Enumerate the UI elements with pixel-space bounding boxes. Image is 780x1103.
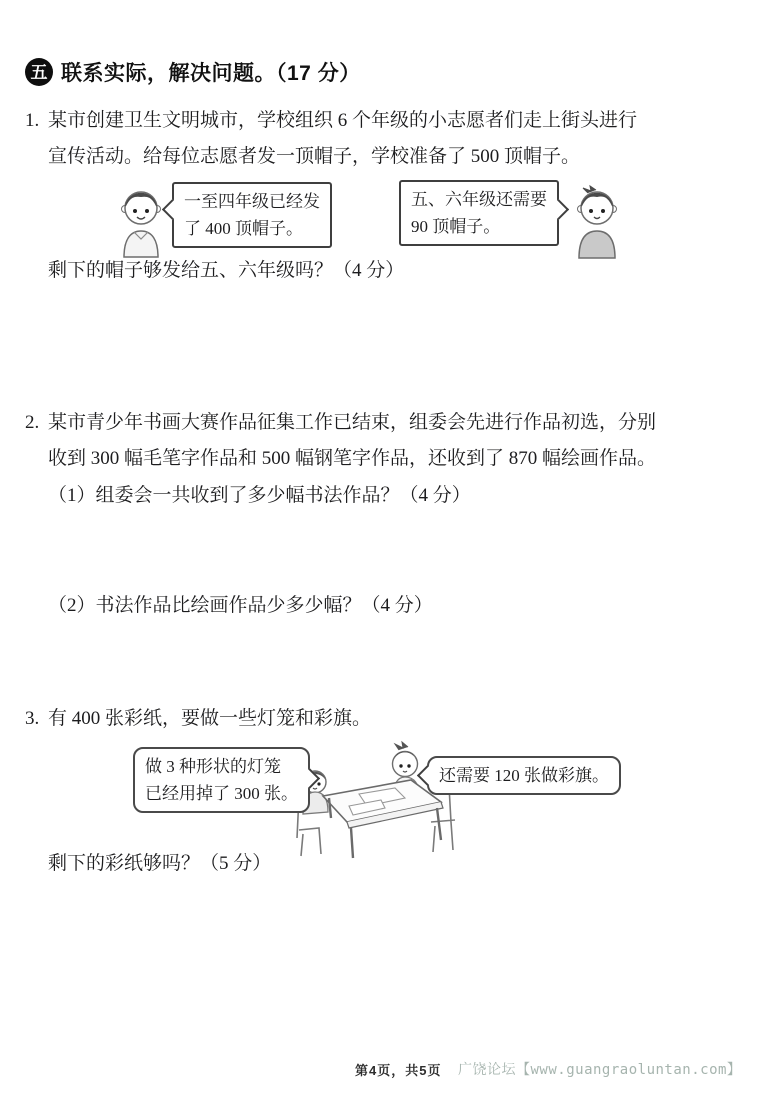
problem-1-question: 剩下的帽子够发给五、六年级吗？（4 分） bbox=[48, 258, 404, 284]
problem-1-text: 某市创建卫生文明城市，学校组织 6 个年级的小志愿者们走上街头进行 宣传活动。给… bbox=[48, 103, 755, 175]
problem-3-number: 3. bbox=[25, 701, 48, 737]
problem-2: 2. 某市青少年书画大赛作品征集工作已结束，组委会先进行作品初选，分别 收到 3… bbox=[25, 405, 755, 477]
section-title: 联系实际，解决问题。（17 分） bbox=[61, 57, 361, 87]
problem-2-number: 2. bbox=[25, 405, 48, 477]
speech-bubble-p1-right: 五、六年级还需要 90 顶帽子。 bbox=[399, 180, 559, 246]
speech-bubble-p1-left-line-2: 了 400 顶帽子。 bbox=[184, 215, 320, 242]
problem-1: 1. 某市创建卫生文明城市，学校组织 6 个年级的小志愿者们走上街头进行 宣传活… bbox=[25, 103, 755, 175]
problem-2-line-2: 收到 300 幅毛笔字作品和 500 幅钢笔字作品，还收到了 870 幅绘画作品… bbox=[48, 441, 755, 477]
worksheet-page: 五 联系实际，解决问题。（17 分） 1. 某市创建卫生文明城市，学校组织 6 … bbox=[0, 0, 780, 1103]
problem-1-number: 1. bbox=[25, 103, 48, 175]
speech-bubble-p1-right-line-2: 90 顶帽子。 bbox=[411, 213, 547, 240]
speech-bubble-p1-left: 一至四年级已经发 了 400 顶帽子。 bbox=[172, 182, 332, 248]
footer-page-number: 第4页，共5页 bbox=[355, 1060, 441, 1079]
problem-3-question: 剩下的彩纸够吗？（5 分） bbox=[48, 851, 271, 877]
speech-bubble-p3-right-line-1: 还需要 120 张做彩旗。 bbox=[439, 762, 609, 789]
speech-bubble-p3-left: 做 3 种形状的灯笼 已经用掉了 300 张。 bbox=[133, 747, 310, 813]
footer-watermark: 广饶论坛【www.guangraoluntan.com】 bbox=[458, 1059, 741, 1079]
section-header: 五 联系实际，解决问题。（17 分） bbox=[25, 57, 361, 87]
boy-avatar-left-icon bbox=[114, 184, 168, 258]
speech-bubble-p3-right: 还需要 120 张做彩旗。 bbox=[427, 756, 621, 795]
problem-1-line-2: 宣传活动。给每位志愿者发一顶帽子，学校准备了 500 顶帽子。 bbox=[48, 139, 755, 175]
problem-2-line-1: 某市青少年书画大赛作品征集工作已结束，组委会先进行作品初选，分别 bbox=[48, 405, 755, 441]
bubble-tail-icon bbox=[548, 199, 569, 220]
section-number-badge: 五 bbox=[25, 58, 53, 86]
boy-avatar-right-icon bbox=[570, 183, 624, 259]
problem-2-subquestion-2: （2）书法作品比绘画作品少多少幅？（4 分） bbox=[48, 593, 433, 619]
problem-3: 3. 有 400 张彩纸，要做一些灯笼和彩旗。 bbox=[25, 701, 755, 737]
problem-2-text: 某市青少年书画大赛作品征集工作已结束，组委会先进行作品初选，分别 收到 300 … bbox=[48, 405, 755, 477]
speech-bubble-p1-right-line-1: 五、六年级还需要 bbox=[411, 186, 547, 213]
speech-bubble-p1-left-line-1: 一至四年级已经发 bbox=[184, 188, 320, 215]
speech-bubble-p3-left-line-2: 已经用掉了 300 张。 bbox=[145, 780, 298, 807]
problem-3-line-1: 有 400 张彩纸，要做一些灯笼和彩旗。 bbox=[48, 701, 755, 737]
problem-2-subquestion-1: （1）组委会一共收到了多少幅书法作品？（4 分） bbox=[48, 483, 471, 509]
speech-bubble-p3-left-line-1: 做 3 种形状的灯笼 bbox=[145, 753, 298, 780]
problem-1-line-1: 某市创建卫生文明城市，学校组织 6 个年级的小志愿者们走上街头进行 bbox=[48, 103, 755, 139]
